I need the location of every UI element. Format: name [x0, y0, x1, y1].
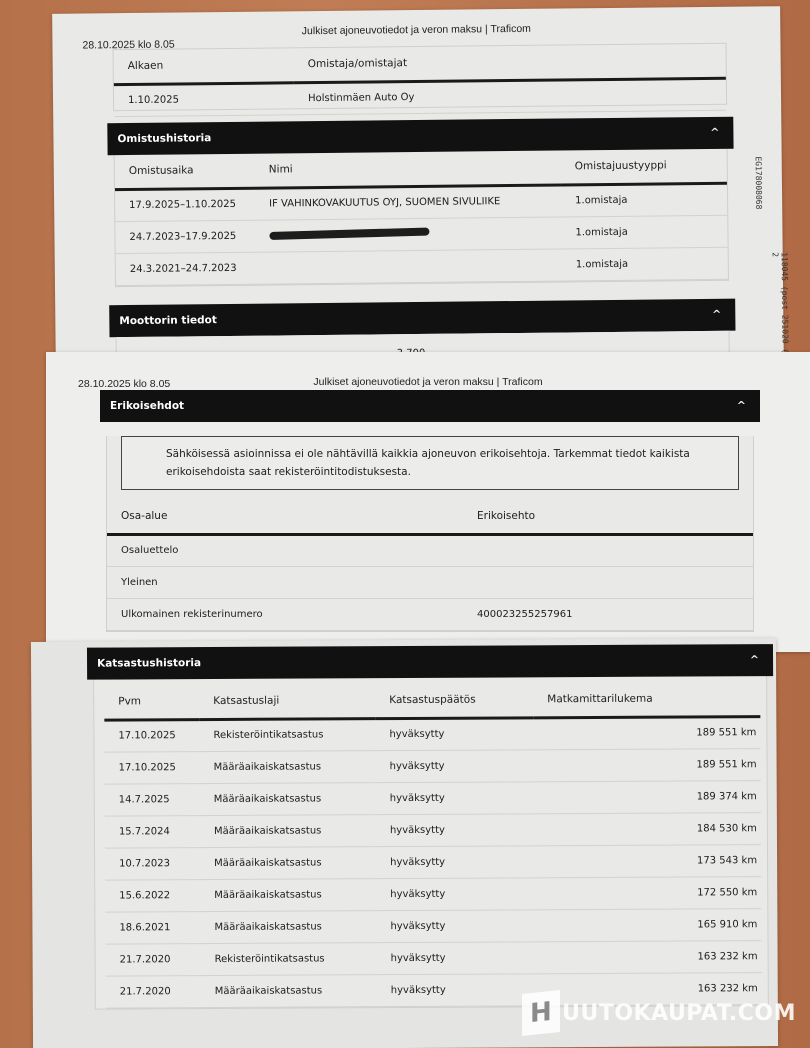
- section-title: Katsastushistoria: [97, 657, 201, 670]
- watermark-letter: H: [530, 997, 552, 1029]
- inspection-history-section: Katsastushistoria ^ Pvm Katsastuslaji Ka…: [87, 644, 775, 1009]
- current-owner-table: Alkaen Omistaja/omistajat 1.10.2025 Hols…: [113, 43, 728, 111]
- condition-value: [463, 534, 753, 566]
- special-conditions-section: Erikoisehdot ^ Sähköisessä asioinnissa e…: [100, 390, 760, 632]
- column-header: Pvm: [104, 685, 199, 719]
- ownership-type: 1.omistaja: [562, 247, 728, 281]
- odometer-reading: 189 551 km: [533, 716, 760, 749]
- owner-name: IF VAHINKOVAKUUTUS OYJ, SUOMEN SIVULIIKE: [255, 185, 561, 220]
- print-title: Julkiset ajoneuvotiedot ja veron maksu |…: [46, 376, 810, 388]
- owner-name: [255, 217, 561, 252]
- table-row: Ulkomainen rekisterinumero40002325525796…: [107, 598, 753, 630]
- chevron-up-icon[interactable]: ^: [750, 644, 759, 676]
- odometer-reading: 173 543 km: [534, 844, 761, 877]
- odometer-reading: 163 232 km: [535, 940, 762, 973]
- table-row: Osaluettelo: [107, 534, 753, 566]
- inspection-date: 15.7.2024: [105, 815, 200, 847]
- column-header: Matkamittarilukema: [533, 682, 760, 717]
- ownership-type: 1.omistaja: [561, 215, 727, 249]
- table-row: Yleinen: [107, 566, 753, 598]
- odometer-reading: 172 550 km: [534, 876, 761, 909]
- condition-value: [463, 566, 753, 598]
- owner-name: Holstinmäen Auto Oy: [294, 78, 726, 115]
- inspection-date: 21.7.2020: [106, 975, 201, 1007]
- section-title: Moottorin tiedot: [119, 314, 217, 327]
- side-print-code: EG178008068: [754, 156, 764, 209]
- column-header: Alkaen: [114, 48, 294, 84]
- table-row: 15.7.2024Määräaikaiskatsastushyväksytty1…: [105, 812, 761, 847]
- inspection-result: hyväksytty: [376, 781, 534, 814]
- inspection-date: 15.6.2022: [105, 879, 200, 911]
- condition-value: 400023255257961: [463, 598, 753, 630]
- printed-page-2: 28.10.2025 klo 8.05 Julkiset ajoneuvotie…: [46, 352, 810, 652]
- inspection-date: 18.6.2021: [105, 911, 200, 943]
- column-header: Katsastuslaji: [199, 684, 375, 719]
- inspection-type: Määräaikaiskatsastus: [200, 782, 376, 815]
- inspection-type: Määräaikaiskatsastus: [200, 814, 376, 847]
- chevron-up-icon[interactable]: ^: [737, 390, 746, 422]
- table-row: 1.10.2025 Holstinmäen Auto Oy: [114, 78, 726, 116]
- ownership-history-table: Omistusaika Nimi Omistajuustyyppi 17.9.2…: [115, 149, 728, 286]
- column-header: Omistaja/omistajat: [294, 44, 726, 83]
- table-row: 21.7.2020Rekisteröintikatsastushyväksytt…: [106, 940, 762, 975]
- inspection-result: hyväksytty: [376, 877, 534, 910]
- section-header-inspection-history[interactable]: Katsastushistoria ^: [87, 644, 773, 680]
- table-row: 17.10.2025Rekisteröintikatsastushyväksyt…: [104, 716, 760, 751]
- inspection-result: hyväksytty: [377, 973, 535, 1006]
- table-row: 17.10.2025Määräaikaiskatsastushyväksytty…: [105, 748, 761, 783]
- ownership-period: 17.9.2025–1.10.2025: [115, 188, 255, 221]
- ownership-history-section: Omistushistoria ^ Omistusaika Nimi Omist…: [107, 117, 735, 287]
- chevron-up-icon[interactable]: ^: [710, 117, 720, 149]
- column-header: Omistajuustyyppi: [561, 149, 727, 185]
- table-row: 15.6.2022Määräaikaiskatsastushyväksytty1…: [105, 876, 761, 911]
- table-row: 18.6.2021Määräaikaiskatsastushyväksytty1…: [105, 908, 761, 943]
- special-conditions-table: Osa-alue Erikoisehto OsaluetteloYleinenU…: [107, 500, 753, 631]
- inspection-type: Määräaikaiskatsastus: [200, 878, 376, 911]
- inspection-type: Rekisteröintikatsastus: [199, 718, 375, 751]
- inspection-date: 17.10.2025: [105, 751, 200, 783]
- side-print-code: 118045 (post 251020 (2) 2: [771, 252, 790, 366]
- owner-name: [256, 248, 562, 283]
- condition-area: Osaluettelo: [107, 534, 463, 566]
- printed-page-1: 28.10.2025 klo 8.05 Julkiset ajoneuvotie…: [52, 6, 784, 374]
- redaction-mark: [269, 227, 429, 239]
- condition-area: Ulkomainen rekisterinumero: [107, 598, 463, 630]
- print-title: Julkiset ajoneuvotiedot ja veron maksu |…: [52, 20, 780, 40]
- inspection-result: hyväksytty: [376, 749, 534, 782]
- inspection-result: hyväksytty: [375, 717, 533, 750]
- odometer-reading: 189 374 km: [534, 780, 761, 813]
- inspection-result: hyväksytty: [376, 909, 534, 942]
- ownership-period: 24.7.2023–17.9.2025: [115, 220, 255, 253]
- column-header: Omistusaika: [115, 154, 255, 189]
- column-header: Erikoisehto: [463, 500, 753, 534]
- column-header: Katsastuspäätös: [375, 683, 533, 718]
- column-header: Nimi: [255, 151, 561, 188]
- chevron-up-icon[interactable]: ^: [712, 299, 722, 331]
- section-title: Omistushistoria: [117, 132, 211, 145]
- column-header: Osa-alue: [107, 500, 463, 534]
- huutokaupat-watermark: H UUTOKAUPAT.COM: [522, 992, 796, 1034]
- section-header-special-conditions[interactable]: Erikoisehdot ^: [100, 390, 760, 422]
- inspection-date: 17.10.2025: [104, 719, 199, 751]
- owner-since: 1.10.2025: [114, 82, 294, 116]
- info-notice: Sähköisessä asioinnissa ei ole nähtävill…: [121, 436, 739, 490]
- inspection-type: Määräaikaiskatsastus: [200, 910, 376, 943]
- inspection-result: hyväksytty: [377, 941, 535, 974]
- inspection-type: Määräaikaiskatsastus: [201, 974, 377, 1007]
- inspection-result: hyväksytty: [376, 813, 534, 846]
- inspection-type: Määräaikaiskatsastus: [200, 846, 376, 879]
- watermark-cube-logo-icon: H: [522, 990, 560, 1036]
- section-title: Erikoisehdot: [110, 400, 184, 412]
- inspection-type: Määräaikaiskatsastus: [200, 750, 376, 783]
- inspection-history-table: Pvm Katsastuslaji Katsastuspäätös Matkam…: [104, 682, 762, 1008]
- odometer-reading: 189 551 km: [534, 748, 761, 781]
- printed-page-3: Katsastushistoria ^ Pvm Katsastuslaji Ka…: [31, 638, 778, 1048]
- odometer-reading: 165 910 km: [534, 908, 761, 941]
- ownership-type: 1.omistaja: [561, 183, 727, 217]
- inspection-date: 21.7.2020: [106, 943, 201, 975]
- condition-area: Yleinen: [107, 566, 463, 598]
- odometer-reading: 184 530 km: [534, 812, 761, 845]
- ownership-period: 24.3.2021–24.7.2023: [116, 252, 256, 285]
- inspection-date: 14.7.2025: [105, 783, 200, 815]
- section-header-ownership-history[interactable]: Omistushistoria ^: [107, 117, 733, 156]
- watermark-text: UUTOKAUPAT.COM: [562, 1001, 796, 1026]
- inspection-type: Rekisteröintikatsastus: [201, 942, 377, 975]
- inspection-date: 10.7.2023: [105, 847, 200, 879]
- table-row: 24.3.2021–24.7.20231.omistaja: [116, 247, 728, 285]
- table-row: 14.7.2025Määräaikaiskatsastushyväksytty1…: [105, 780, 761, 815]
- inspection-result: hyväksytty: [376, 845, 534, 878]
- table-row: 10.7.2023Määräaikaiskatsastushyväksytty1…: [105, 844, 761, 879]
